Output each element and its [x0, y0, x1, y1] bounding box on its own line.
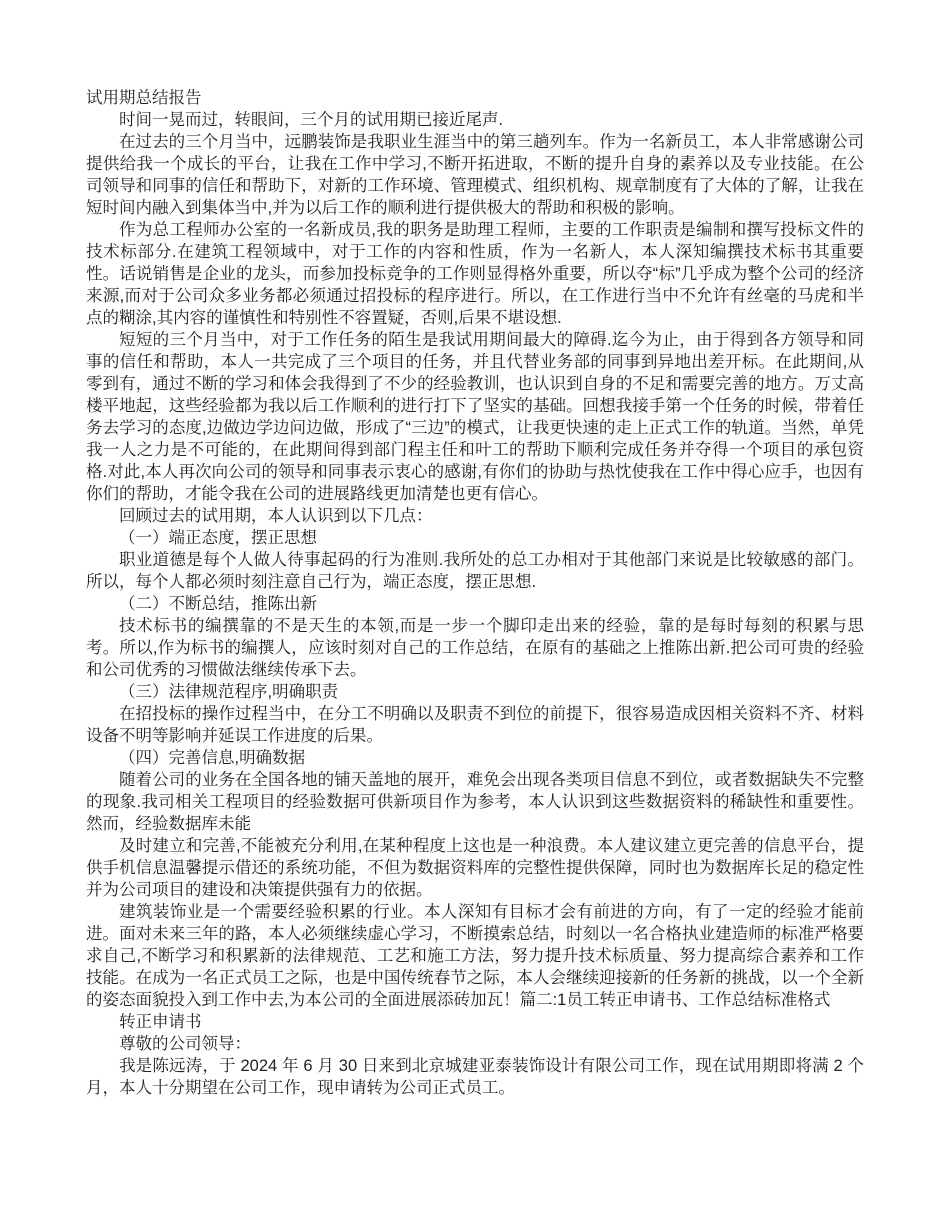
section-heading-4: （四）完善信息,明确数据	[86, 747, 864, 769]
paragraph-outlook: 建筑装饰业是一个需要经验积累的行业。本人深知有目标才会有前进的方向，有了一定的经…	[86, 901, 864, 1011]
paragraph-review-lead-in: 回顾过去的试用期，本人认识到以下几点：	[86, 505, 864, 527]
paragraph-intro-time: 时间一晃而过，转眼间，三个月的试用期已接近尾声.	[86, 109, 864, 131]
document-page: 试用期总结报告 时间一晃而过，转眼间，三个月的试用期已接近尾声. 在过去的三个月…	[0, 0, 950, 1230]
paragraph-experience: 短短的三个月当中，对于工作任务的陌生是我试用期间最大的障碍.迄今为止，由于得到各…	[86, 329, 864, 505]
section-heading-3: （三）法律规范程序,明确职责	[86, 681, 864, 703]
application-salutation: 尊敬的公司领导：	[86, 1033, 864, 1055]
document-body: 试用期总结报告 时间一晃而过，转眼间，三个月的试用期已接近尾声. 在过去的三个月…	[86, 87, 864, 1099]
section-heading-1: （一）端正态度，摆正思想	[86, 527, 864, 549]
paragraph-gratitude: 在过去的三个月当中，远鹏装饰是我职业生涯当中的第三趟列车。作为一名新员工，本人非…	[86, 131, 864, 219]
paragraph-job-duty: 作为总工程师办公室的一名新成员,我的职务是助理工程师，主要的工作职责是编制和撰写…	[86, 219, 864, 329]
paragraph-section-4b: 及时建立和完善,不能被充分利用,在某种程度上这也是一种浪费。本人建议建立更完善的…	[86, 835, 864, 901]
paragraph-section-2: 技术标书的编撰靠的不是天生的本领,而是一步一个脚印走出来的经验，靠的是每时每刻的…	[86, 615, 864, 681]
paragraph-section-3: 在招投标的操作过程当中，在分工不明确以及职责不到位的前提下，很容易造成因相关资料…	[86, 703, 864, 747]
paragraph-section-1: 职业道德是每个人做人待事起码的行为准则.我所处的总工办相对于其他部门来说是比较敏…	[86, 549, 864, 593]
application-body: 我是陈远涛，于 2024 年 6 月 30 日来到北京城建亚泰装饰设计有限公司工…	[86, 1055, 864, 1099]
section-heading-2: （二）不断总结，推陈出新	[86, 593, 864, 615]
paragraph-section-4a: 随着公司的业务在全国各地的铺天盖地的展开，难免会出现各类项目信息不到位，或者数据…	[86, 769, 864, 835]
application-title: 转正申请书	[86, 1011, 864, 1033]
document-title: 试用期总结报告	[86, 87, 864, 109]
